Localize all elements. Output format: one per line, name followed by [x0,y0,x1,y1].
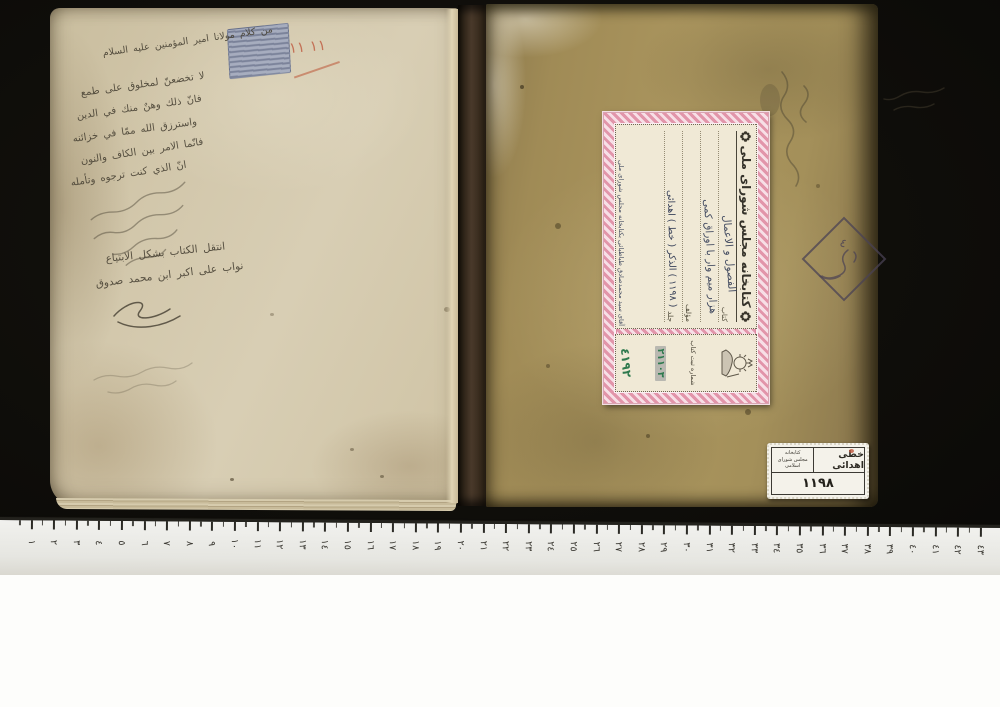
ruler-tick-minor [855,527,857,532]
ruler-tick [415,523,417,532]
ruler-tick-minor [177,521,179,526]
ruler-tick-minor [358,523,360,528]
ruler-number: ٢٨ [634,538,648,556]
field-volume-row: جلد ( ١١٩٨ ) الذكر ( خط ) اهدائى [664,131,682,322]
ruler-tick [76,521,78,530]
ruler-tick [799,526,801,535]
ruler-tick [460,524,462,533]
bookplate-frame: شماره ثبت کتاب ٢١١٠٣ ٤١٩٢ کتابخانه مجلس … [614,123,758,393]
rosette-ornament [741,131,752,142]
ruler-tick-minor [923,527,925,532]
donation-label-frame: خطی اهدائی کتابخانهمجلس شورایاسلامی ١١٩٨ [771,447,865,495]
ruler-number: ١٧ [385,536,399,554]
ruler-tick [663,525,665,534]
red-pencil-marks: ١١ ١١ [288,33,362,85]
ruler-tick [776,526,778,535]
red-check-mark [849,449,854,453]
book-spine [458,5,488,506]
ruler-tick [324,523,326,532]
ruler-tick-minor [878,527,880,532]
handwritten-donor-line: آقای سید محمدصادق طباطبائی بکتابخانه مجل… [617,160,625,326]
ruler-number: ٣ [69,534,83,552]
ruler-tick-minor [788,526,790,531]
ruler-tick-minor [901,527,903,532]
registration-label: شماره ثبت کتاب [689,340,697,385]
ruler-tick [302,522,304,531]
ruler-number: ٢٩ [656,538,670,556]
ruler-number: ٣٥ [792,539,806,557]
ruler-number: ٣٠ [679,538,693,556]
manuscript-left-page: ١١ ١١ من كلام مولانا امير المؤمنين عليه … [50,8,458,506]
ruler-tick [595,525,597,534]
ruler-number: ٤ [91,534,105,552]
ruler-tick-minor [42,520,44,525]
ruler-tick-minor [652,525,654,530]
ruler-number: ١ [23,533,37,551]
ruler-tick-minor [946,527,948,532]
ruler-number: ١٨ [408,536,422,554]
ruler-tick [347,523,349,532]
ruler-number: ٣٣ [747,539,761,557]
field-author-label: مؤلف [684,304,693,322]
ruler-number: ٣٩ [882,540,896,558]
ruler-number: ١٥ [340,536,354,554]
ruler-tick-minor [245,522,247,527]
ruler-tick [279,522,281,531]
ruler-tick-minor [584,525,586,530]
ruler-number: ٢٣ [521,537,535,555]
ruler-tick [573,525,575,534]
ruler-number: ١٤ [317,536,331,554]
ruler-tick-minor [132,521,134,526]
ruler-tick [53,520,55,529]
ruler-number: ٤١ [927,540,941,558]
ruler-number: ٥ [114,534,128,552]
handwritten-volume-entry: ( ١١٩٨ ) الذكر ( خط ) اهدائى [665,189,678,307]
ruler-number: ١٠ [227,535,241,553]
ruler-tick-minor [675,525,677,530]
ruler-tick-minor [833,527,835,532]
ruler-tick-minor [200,522,202,527]
ruler-number: ٧ [159,534,173,552]
label-library-cell: کتابخانهمجلس شورایاسلامی [772,448,813,472]
ruler-tick-minor [471,524,473,529]
rosette-ornament [741,311,752,322]
ruler-tick [121,521,123,530]
ruler-number: ١١ [249,535,263,553]
ruler-tick [189,522,191,531]
bookplate-main-panel: کتابخانه مجلس شورای ملی کتاب مؤلف [615,124,757,329]
ruler-tick-minor [64,521,66,526]
ruler-tick-minor [765,526,767,531]
ruler-number: ٢ [46,533,60,551]
red-pencil-stroke [294,61,340,79]
ruler-number: ٦ [136,534,150,552]
ruler-tick [234,522,236,531]
lion-and-sun-emblem [719,345,753,381]
ruler-tick [256,522,258,531]
ruler-tick-minor [155,521,157,526]
faint-background-marks [880,78,950,118]
ruler-number: ٣٦ [814,539,828,557]
bookplate-heading-row: کتابخانه مجلس شورای ملی [736,131,753,322]
signature-flourish [108,296,188,332]
ruler-tick [482,524,484,533]
ruler-tick [957,528,959,537]
ruler-number: ٣٨ [860,540,874,558]
ruler-tick [392,523,394,532]
ruler-tick [618,525,620,534]
ruler-number: ٢٤ [543,537,557,555]
ruler-tick [641,525,643,534]
registration-chip-number: ٢١١٠٣ [655,346,666,381]
ruler-tick [754,526,756,535]
ruler-number: ٤٢ [950,541,964,559]
ruler-tick [166,521,168,530]
ruler-tick [934,527,936,536]
ruler-number: ٢١ [475,537,489,555]
ruler-tick-minor [110,521,112,526]
ruler-tick-minor [449,524,451,529]
ruler-tick-minor [720,526,722,531]
ruler-number: ٢٥ [566,537,580,555]
ruler-tick-minor [539,524,541,529]
ruler-tick [369,523,371,532]
registration-number: ٤١٩٢ [618,348,634,378]
ruler-number: ٣١ [701,539,715,557]
book-photograph: ١١ ١١ من كلام مولانا امير المؤمنين عليه … [0,0,1000,575]
ruler-number: ١٣ [295,535,309,553]
ruler-number: ١٢ [272,535,286,553]
ruler-tick [528,524,530,533]
ruler-number: ٣٤ [769,539,783,557]
ruler-tick [731,526,733,535]
ruler-tick [143,521,145,530]
field-book-label: کتاب [720,307,729,322]
ruler-number: ٩ [204,535,218,553]
ruler-number: ٢٦ [588,538,602,556]
ruler-number: ٢٢ [498,537,512,555]
label-library-line: اسلامی [785,463,800,469]
ruler-tick-minor [607,525,609,530]
ruler-tick-minor [697,526,699,531]
ruler-tick-minor [494,524,496,529]
cover-stain-specks [520,85,524,89]
ruler-tick [821,526,823,535]
ruler-tick-minor [403,523,405,528]
ruler-tick [505,524,507,533]
page-stain-specks [230,478,234,481]
ruler-tick-minor [223,522,225,527]
page-block-fore-edge [56,498,456,511]
label-number: ١١٩٨ [772,473,864,494]
ruler-tick [912,527,914,536]
ruler-tick-minor [381,523,383,528]
donation-label-header: خطی اهدائی کتابخانهمجلس شورایاسلامی [772,448,864,473]
bookplate-rotated-content: شماره ثبت کتاب ٢١١٠٣ ٤١٩٢ کتابخانه مجلس … [615,124,757,392]
donation-label: خطی اهدائی کتابخانهمجلس شورایاسلامی ١١٩٨ [767,443,869,499]
label-type-text: خطی اهدائی [814,449,864,471]
ruler-tick-minor [19,520,21,525]
ruler-tick [211,522,213,531]
scan-canvas: ١١ ١١ من كلام مولانا امير المؤمنين عليه … [0,0,1000,707]
diamond-stamp: ٤ [800,220,886,296]
ruler-tick [686,525,688,534]
ruler-number: ٣٧ [837,540,851,558]
ruler-tick-minor [968,528,970,533]
registration-panel: شماره ثبت کتاب ٢١١٠٣ ٤١٩٢ [615,334,757,392]
ruler-tick-minor [629,525,631,530]
field-volume-label: جلد [666,311,675,322]
ruler: ١٢٣٤٥٦٧٨٩١٠١١١٢١٣١٤١٥١٦١٧١٨١٩٢٠٢١٢٢٢٣٢٤٢… [0,517,1000,575]
ruler-tick [98,521,100,530]
ruler-tick [980,528,982,537]
ruler-tick [867,527,869,536]
ruler-number: ٢٧ [611,538,625,556]
ruler-tick-minor [426,523,428,528]
diamond-stamp-scribbles [808,228,878,290]
library-bookplate: شماره ثبت کتاب ٢١١٠٣ ٤١٩٢ کتابخانه مجلس … [603,112,769,404]
ruler-number: ١٩ [430,536,444,554]
ruler-number: ٤٣ [972,541,986,559]
ruler-tick [437,523,439,532]
red-pencil-text: ١١ ١١ [288,36,326,57]
ruler-tick [30,520,32,529]
ruler-tick [708,526,710,535]
ruler-tick [844,527,846,536]
field-author-row: مؤلف [682,131,700,322]
ruler-tick-minor [290,522,292,527]
ruler-number: ٢٠ [453,537,467,555]
ruler-tick-minor [810,526,812,531]
ruler-number: ١٦ [362,536,376,554]
ruler-tick-minor [313,523,315,528]
ruler-tick-minor [87,521,89,526]
ruler-tick-minor [742,526,744,531]
ruler-tick-minor [336,523,338,528]
ruler-tick-minor [516,524,518,529]
library-name: کتابخانه مجلس شورای ملی [739,145,753,307]
ruler-number: ٣٢ [724,539,738,557]
ruler-scale: ١٢٣٤٥٦٧٨٩١٠١١١٢١٣١٤١٥١٦١٧١٨١٩٢٠٢١٢٢٢٣٢٤٢… [0,520,1000,528]
ruler-tick-minor [268,522,270,527]
ruler-tick [550,524,552,533]
ruler-number: ٤٠ [905,540,919,558]
ruler-tick [889,527,891,536]
pencil-note [80,353,200,401]
ruler-tick-minor [562,524,564,529]
ruler-number: ٨ [182,534,196,552]
label-type-cell: خطی اهدائی [813,448,864,472]
